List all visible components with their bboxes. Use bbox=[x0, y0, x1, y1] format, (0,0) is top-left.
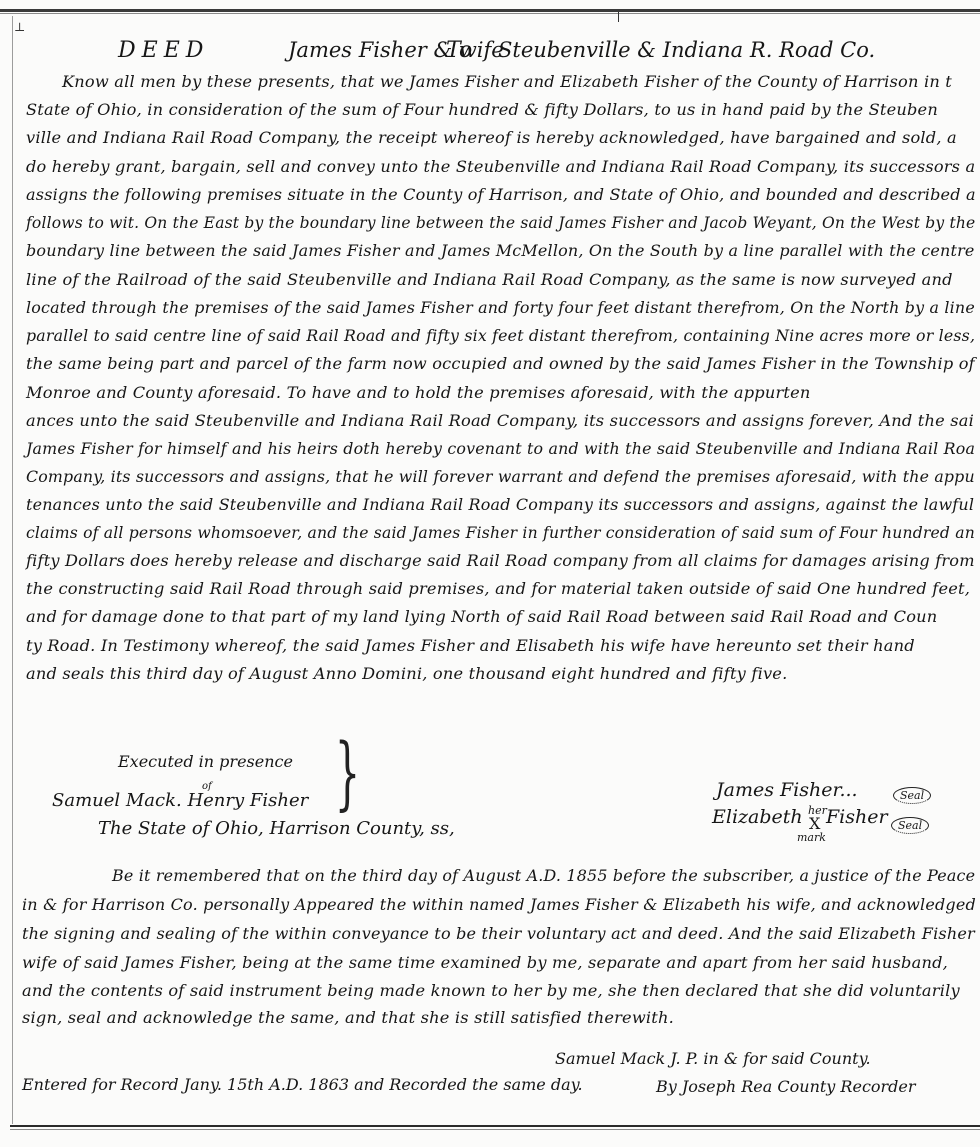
justice-signature: Samuel Mack J. P. in & for said County. bbox=[555, 1049, 871, 1068]
acknowledgment-line: sign, seal and acknowledge the same, and… bbox=[22, 1008, 674, 1027]
recording-line: Entered for Record Jany. 15th A.D. 1863 … bbox=[22, 1075, 583, 1094]
deed-body-line: line of the Railroad of the said Steuben… bbox=[26, 270, 953, 289]
witness-names: Samuel Mack. Henry Fisher bbox=[52, 790, 308, 811]
deed-body-line: the constructing said Rail Road through … bbox=[26, 579, 970, 598]
signature-elizabeth-last: Fisher bbox=[826, 806, 888, 828]
acknowledgment-line: and the contents of said instrument bein… bbox=[22, 981, 960, 1000]
signature-mark-label: mark bbox=[797, 831, 826, 844]
deed-body-line: and for damage done to that part of my l… bbox=[26, 607, 937, 626]
venue-line: The State of Ohio, Harrison County, ss, bbox=[98, 818, 455, 839]
deed-body-line: located through the premises of the said… bbox=[26, 298, 975, 317]
executed-in-presence: Executed in presence bbox=[118, 752, 293, 771]
deed-body-line: claims of all persons whomsoever, and th… bbox=[26, 523, 975, 542]
left-margin-line bbox=[12, 16, 13, 1124]
signature-james-fisher: James Fisher... bbox=[716, 779, 858, 801]
deed-body-line: ty Road. In Testimony whereof, the said … bbox=[26, 636, 915, 655]
bottom-ledger-rule bbox=[10, 1125, 980, 1127]
seal-elizabeth: Seal bbox=[891, 817, 929, 834]
deed-body-line: Know all men by these presents, that we … bbox=[62, 72, 952, 91]
deed-heading: DEED bbox=[118, 38, 209, 63]
deed-record-page: ⊥ DEED James Fisher & wife To Steubenvil… bbox=[0, 0, 980, 1147]
tick-mark bbox=[618, 12, 619, 22]
acknowledgment-line: in & for Harrison Co. personally Appeare… bbox=[22, 895, 976, 914]
deed-body-line: and seals this third day of August Anno … bbox=[26, 664, 787, 683]
acknowledgment-line: Be it remembered that on the third day o… bbox=[112, 866, 975, 885]
recorder-signature: By Joseph Rea County Recorder bbox=[656, 1077, 916, 1096]
signature-elizabeth-first: Elizabeth bbox=[712, 806, 803, 828]
deed-body-line: Monroe and County aforesaid. To have and… bbox=[26, 383, 811, 402]
deed-body-line: James Fisher for himself and his heirs d… bbox=[26, 439, 975, 458]
deed-body-line: fifty Dollars does hereby release and di… bbox=[26, 551, 975, 570]
deed-body-line: the same being part and parcel of the fa… bbox=[26, 354, 975, 373]
deed-body-line: do hereby grant, bargain, sell and conve… bbox=[26, 157, 975, 176]
acknowledgment-line: wife of said James Fisher, being at the … bbox=[22, 953, 948, 972]
bottom-ledger-rule-thin bbox=[10, 1129, 980, 1130]
deed-body-line: tenances unto the said Steubenville and … bbox=[26, 495, 974, 514]
deed-body-line: Company, its successors and assigns, tha… bbox=[26, 467, 975, 486]
deed-body-line: follows to wit. On the East by the bound… bbox=[26, 213, 975, 232]
deed-body-line: ances unto the said Steubenville and Ind… bbox=[26, 411, 974, 430]
deed-body-line: assigns the following premises situate i… bbox=[26, 185, 976, 204]
deed-body-line: boundary line between the said James Fis… bbox=[26, 241, 975, 260]
top-ledger-rule bbox=[0, 9, 980, 12]
witness-brace: } bbox=[335, 733, 360, 813]
seal-james: Seal bbox=[893, 787, 931, 804]
to-heading: To bbox=[446, 38, 472, 63]
top-ledger-rule-thin bbox=[0, 13, 980, 14]
deed-body-line: parallel to said centre line of said Rai… bbox=[26, 326, 975, 345]
deed-body-line: ville and Indiana Rail Road Company, the… bbox=[26, 128, 957, 147]
grantee-heading: Steubenville & Indiana R. Road Co. bbox=[498, 38, 875, 62]
acknowledgment-line: the signing and sealing of the within co… bbox=[22, 924, 975, 943]
deed-body-line: State of Ohio, in consideration of the s… bbox=[26, 100, 938, 119]
corner-mark: ⊥ bbox=[14, 20, 25, 34]
